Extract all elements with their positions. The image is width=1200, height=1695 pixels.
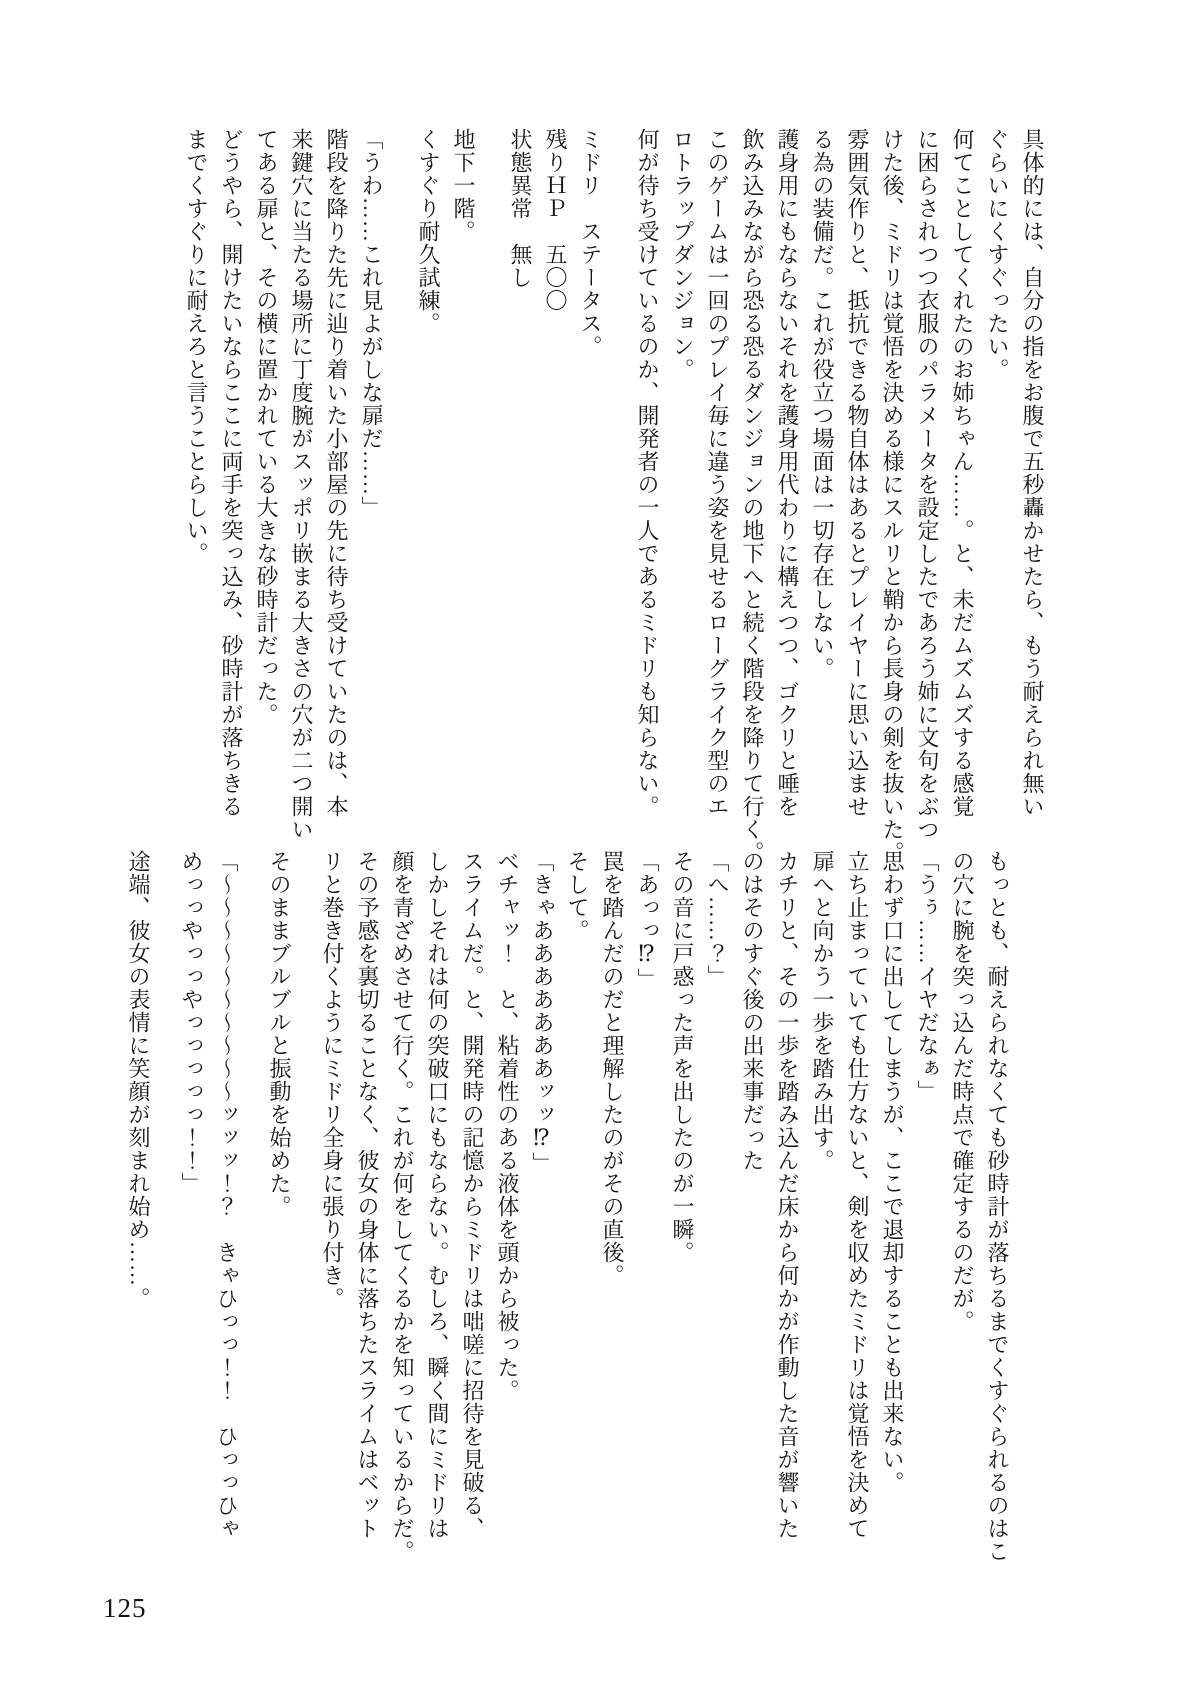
text-line: 「うわ……これ見よがしな扉だ……」 xyxy=(354,128,389,828)
text-line: そして。 xyxy=(560,850,595,1585)
text-line: 「へ……？」 xyxy=(700,850,735,1585)
text-line: 「あっっ⁉」 xyxy=(630,850,665,1585)
text-line: のはそのすぐ後の出来事だった xyxy=(735,850,770,1585)
text-line: ロトラップダンジョン。 xyxy=(665,128,700,828)
text-line: ミドリ ステータス。 xyxy=(573,128,608,828)
text-line: 来鍵穴に当たる場所に丁度腕がスッポリ嵌まる大きさの穴が二つ開い xyxy=(284,128,319,828)
text-line: しかしそれは何の突破口にもならない。むしろ、瞬く間にミドリは xyxy=(420,850,455,1585)
text-line: そのままブルブルと振動を始めた。 xyxy=(262,850,297,1585)
text-line: 状態異常 無し xyxy=(503,128,538,828)
text-line: 扉へと向かう一歩を踏み出す。 xyxy=(805,850,840,1585)
text-line: 「〜〜〜〜〜〜〜〜〜〜ッッッ！？ きゃひっっ！！ ひっっひゃ xyxy=(209,850,244,1585)
text-block-bottom: もっとも、耐えられなくても砂時計が落ちるまでくすぐられるのはこの穴に腕を突っ込ん… xyxy=(121,850,1015,1585)
text-line: スライムだ。と、開発時の記憶からミドリは咄嗟に招待を見破る、 xyxy=(455,850,490,1585)
text-line: 途端、彼女の表情に笑顔が刻まれ始め……。 xyxy=(121,850,156,1585)
text-line: 立ち止まっていても仕方ないと、剣を収めたミドリは覚悟を決めて xyxy=(840,850,875,1585)
text-line: どうやら、開けたいならここに両手を突っ込み、砂時計が落ちきる xyxy=(214,128,249,828)
text-line: 階段を降りた先に辿り着いた小部屋の先に待ち受けていたのは、本 xyxy=(319,128,354,828)
text-line: 「きゃあああああああッッ⁉」 xyxy=(525,850,560,1585)
text-line: ぐらいにくすぐったい。 xyxy=(980,128,1015,828)
text-line: 護身用にもならないそれを護身用代わりに構えつつ、ゴクリと唾を xyxy=(770,128,805,828)
text-line: に困らされつつ衣服のパラメータを設定したであろう姉に文句をぶつ xyxy=(910,128,945,828)
text-line: 雰囲気作りと、抵抗できる物自体はあるとプレイヤーに思い込ませ xyxy=(840,128,875,828)
novel-page: 具体的には、自分の指をお腹で五秒轟かせたら、もう耐えられ無いぐらいにくすぐったい… xyxy=(0,0,1200,1695)
text-line: 具体的には、自分の指をお腹で五秒轟かせたら、もう耐えられ無い xyxy=(1015,128,1050,828)
text-line: 顔を青ざめさせて行く。これが何をしてくるかを知っているからだ。 xyxy=(385,850,420,1585)
text-line: 罠を踏んだのだと理解したのがその直後。 xyxy=(595,850,630,1585)
text-line: る為の装備だ。これが役立つ場面は一切存在しない。 xyxy=(805,128,840,828)
text-line: リと巻き付くようにミドリ全身に張り付き。 xyxy=(315,850,350,1585)
text-line: 残りＨＰ 五〇〇 xyxy=(538,128,573,828)
text-line: くすぐり耐久試練。 xyxy=(411,128,446,828)
text-line: めっっやっっやっっっっっ！！」 xyxy=(174,850,209,1585)
text-line: もっとも、耐えられなくても砂時計が落ちるまでくすぐられるのはこ xyxy=(980,850,1015,1585)
text-line: その音に戸惑った声を出したのが一瞬。 xyxy=(665,850,700,1585)
text-line: 飲み込みながら恐る恐るダンジョンの地下へと続く階段を降りて行く。 xyxy=(735,128,770,828)
text-line: ベチャッ！ と、粘着性のある液体を頭から被った。 xyxy=(490,850,525,1585)
text-line: このゲームは一回のプレイ毎に違う姿を見せるローグライク型のエ xyxy=(700,128,735,828)
text-line: 何が待ち受けているのか、開発者の一人であるミドリも知らない。 xyxy=(630,128,665,828)
text-line: てある扉と、その横に置かれている大きな砂時計だった。 xyxy=(249,128,284,828)
page-number: 125 xyxy=(103,1593,147,1624)
text-line: までくすぐりに耐えろと言うことらしい。 xyxy=(179,128,214,828)
text-line: 地下一階。 xyxy=(446,128,481,828)
text-line: の穴に腕を突っ込んだ時点で確定するのだが。 xyxy=(945,850,980,1585)
text-line: カチリと、その一歩を踏み込んだ床から何かが作動した音が響いた xyxy=(770,850,805,1585)
text-line: 何てことしてくれたのお姉ちゃん……。と、未だムズムズする感覚 xyxy=(945,128,980,828)
text-line: けた後、ミドリは覚悟を決める様にスルリと鞘から長身の剣を抜いた。 xyxy=(875,128,910,828)
text-line: 「うぅ……イヤだなぁ」 xyxy=(910,850,945,1585)
text-line: その予感を裏切ることなく、彼女の身体に落ちたスライムはベット xyxy=(350,850,385,1585)
text-line: 思わず口に出してしまうが、ここで退却することも出来ない。 xyxy=(875,850,910,1585)
text-block-top: 具体的には、自分の指をお腹で五秒轟かせたら、もう耐えられ無いぐらいにくすぐったい… xyxy=(179,128,1050,828)
